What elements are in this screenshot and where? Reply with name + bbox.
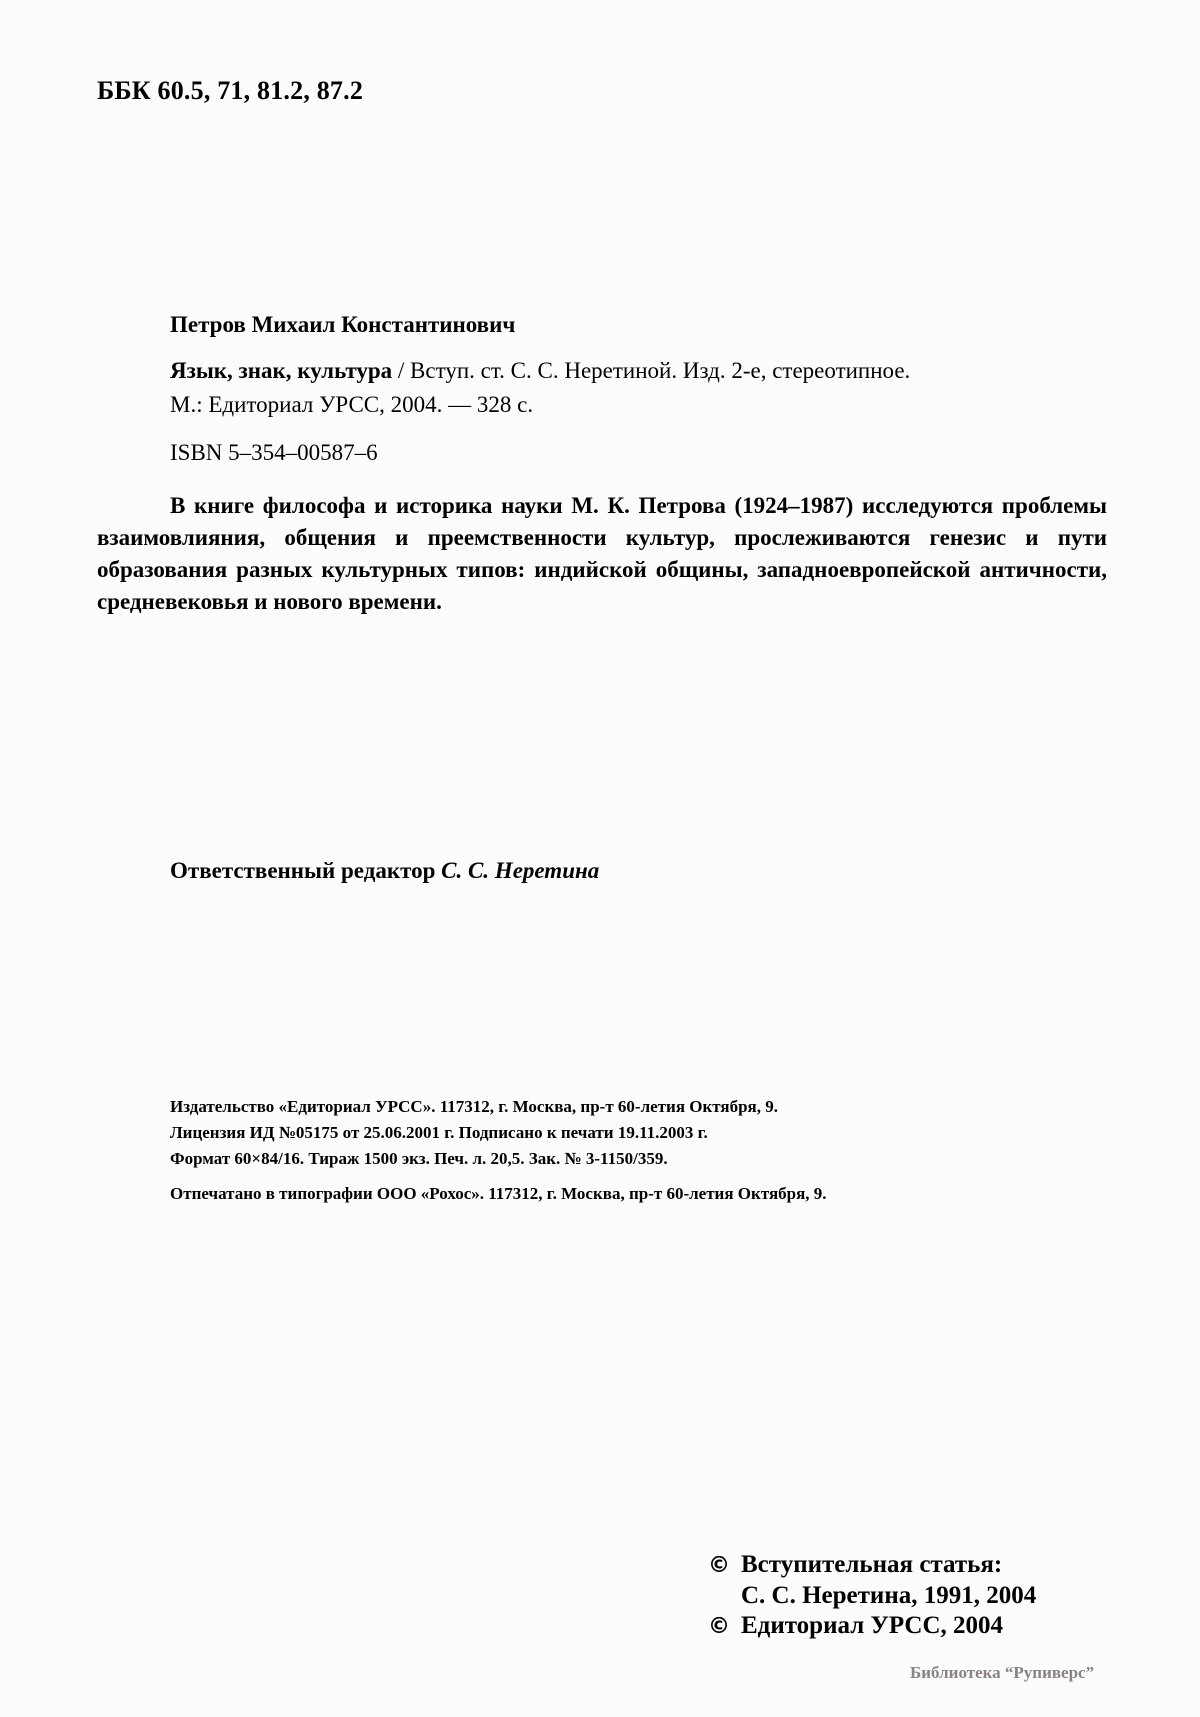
copyright-text: Едиториал УРСС, 2004 (741, 1612, 1003, 1639)
copyright-line: С. С. Неретина, 1991, 2004 (708, 1581, 1036, 1611)
isbn: ISBN 5–354–00587–6 (170, 440, 378, 466)
bbk-classification: ББК 60.5, 71, 81.2, 87.2 (97, 76, 363, 106)
copyright-icon: © (708, 1551, 741, 1581)
imprint-block: Издательство «Едиториал УРСС». 117312, г… (170, 1094, 778, 1172)
abstract-paragraph: В книге философа и историка науки М. К. … (97, 490, 1107, 618)
bibliographic-entry: Язык, знак, культура / Вступ. ст. С. С. … (170, 354, 910, 422)
copyright-icon: © (708, 1612, 741, 1642)
bibliographic-details: / Вступ. ст. С. С. Неретиной. Изд. 2-е, … (392, 358, 910, 383)
editor-label: Ответственный редактор (170, 858, 441, 883)
bibliographic-line-1: Язык, знак, культура / Вступ. ст. С. С. … (170, 354, 910, 388)
author-name: Петров Михаил Константинович (170, 312, 515, 338)
editor-name: С. С. Неретина (441, 858, 599, 883)
copyright-text: Вступительная статья: (741, 1551, 1002, 1578)
copyright-line: ©Едиториал УРСС, 2004 (708, 1611, 1036, 1642)
book-title: Язык, знак, культура (170, 358, 392, 383)
imprint-line: Лицензия ИД №05175 от 25.06.2001 г. Подп… (170, 1120, 778, 1146)
imprint-line: Формат 60×84/16. Тираж 1500 экз. Печ. л.… (170, 1146, 778, 1172)
library-watermark: Библиотека “Рупиверс” (910, 1663, 1094, 1683)
printing-house: Отпечатано в типографии ООО «Рохос». 117… (170, 1184, 827, 1204)
copyright-block: ©Вступительная статья: С. С. Неретина, 1… (708, 1550, 1036, 1642)
bibliographic-line-2: М.: Едиториал УРСС, 2004. — 328 с. (170, 388, 910, 422)
copyright-line: ©Вступительная статья: (708, 1550, 1036, 1581)
responsible-editor: Ответственный редактор С. С. Неретина (170, 858, 599, 884)
imprint-line: Издательство «Едиториал УРСС». 117312, г… (170, 1094, 778, 1120)
